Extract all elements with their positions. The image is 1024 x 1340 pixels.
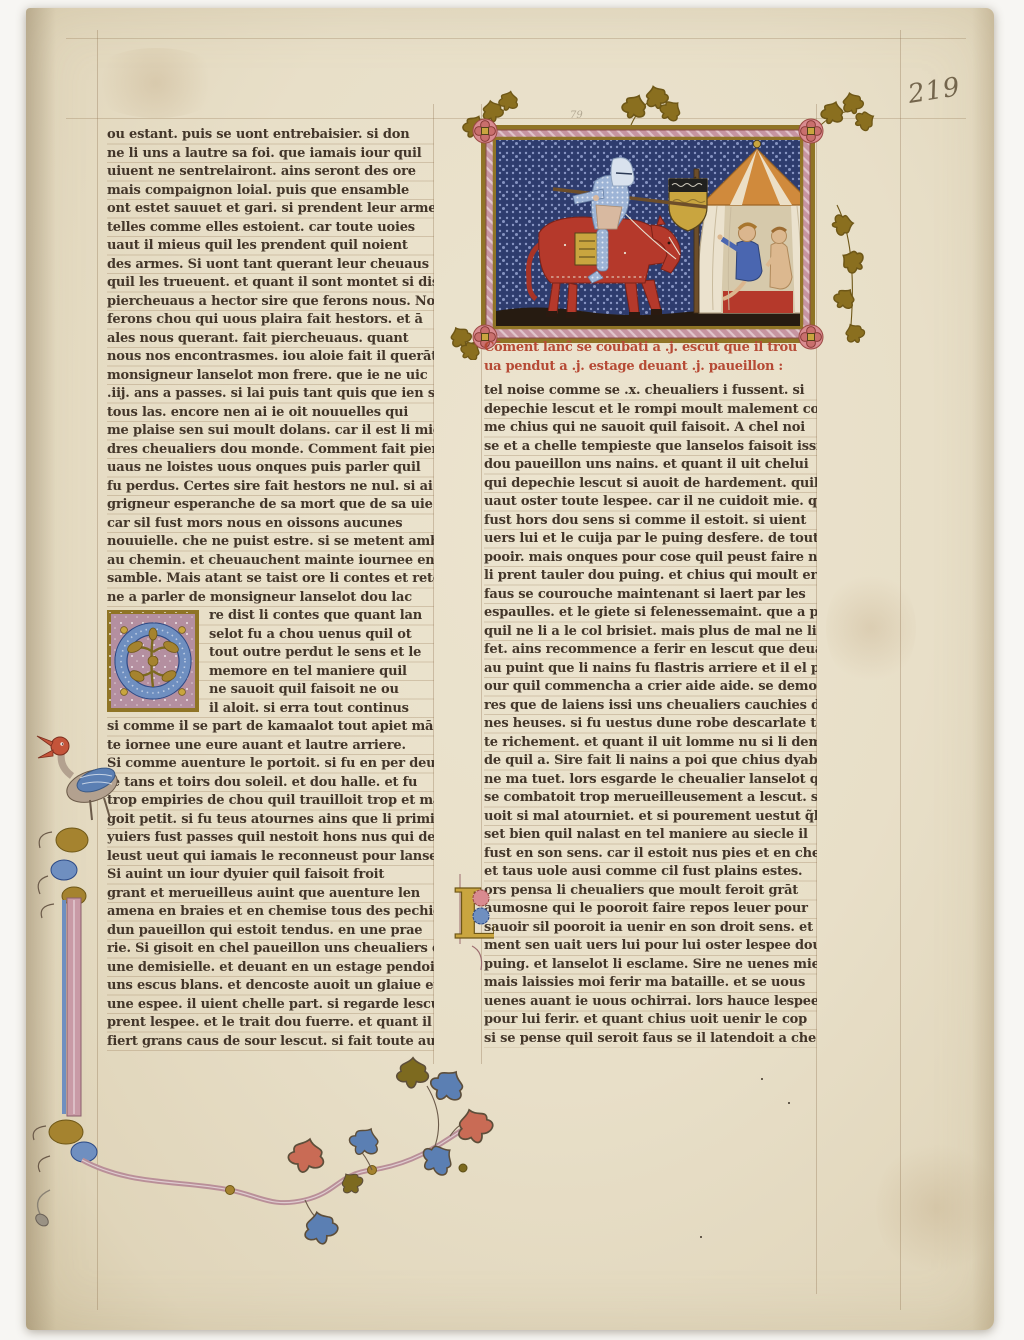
text-line: dres cheualiers dou monde. Comment fait … [107, 441, 434, 460]
text-line: qui depechie lescut si auoit de hardemen… [484, 475, 817, 494]
vine-leaves [286, 1058, 497, 1248]
text-column-right: tel noise comme se .x. cheualiers i fuss… [484, 382, 817, 1048]
text-line: se combatoit trop merueilleusement a les… [484, 789, 817, 808]
text-line: memore en tel maniere quil [209, 663, 434, 682]
text-line: espaulles. et le giete si felenessemaint… [484, 604, 817, 623]
text-line: aumosne qui le pooroit faire repos leuer… [484, 900, 817, 919]
text-line: piercheuaus a hector sire que ferons nou… [107, 293, 434, 312]
text-line: uenes auant ie uous ochirrai. lors hauce… [484, 993, 817, 1012]
leaf-blue [300, 1208, 341, 1248]
text-line: ne li uns a lautre sa foi. que iamais io… [107, 145, 434, 164]
text-line: telles comme elles estoient. car toute u… [107, 219, 434, 238]
text-line: de quil a. Sire fait li nains a poi que … [484, 752, 817, 771]
text-line: nous nos encontrasmes. iou aloie fait il… [107, 348, 434, 367]
text-line: au chemin. et cheuauchent mainte iournee… [107, 552, 434, 571]
bird-terminal [37, 736, 121, 820]
parchment-stain [826, 568, 916, 688]
text-line: si se pense quil seroit faus se il laten… [484, 1030, 817, 1049]
text-line: me chius qui ne sauoit quil faisoit. A c… [484, 419, 817, 438]
text-line: fu perdus. Certes sire fait hestors ne n… [107, 478, 434, 497]
text-line: se et a chelle tempieste que lanselos fa… [484, 438, 817, 457]
ivy-spray-right-side [831, 205, 868, 346]
text-line: uaus ne loistes uous onques puis parler … [107, 459, 434, 478]
text-line: ferons chou qui uous plaira fait hestors… [107, 311, 434, 330]
text-line: fust en son sens. car il estoit nus pies… [484, 845, 817, 864]
text-line: fust hors dou sens si comme il estoit. s… [484, 512, 817, 531]
text-line: ment sen uait uers lui pour lui oster le… [484, 937, 817, 956]
ruling-horizontal-head [66, 38, 966, 39]
parchment-stain [876, 1138, 996, 1278]
text-line: quil ne li a le col brisiet. mais plus d… [484, 623, 817, 642]
text-line: ne sauoit quil faisoit ne ou [209, 681, 434, 700]
knight-surcoat [596, 205, 622, 229]
leaf-olive [397, 1058, 429, 1088]
text-line: mais compaignon loial. puis que ensamble [107, 182, 434, 201]
text-line: ors pensa li cheualiers que moult feroit… [484, 882, 817, 901]
rubric-line: Cōment lanc̃ se coubati a .j. escut que … [484, 339, 820, 358]
text-line: et taus uole ausi comme cil fust plains … [484, 863, 817, 882]
text-line: fet. ains recommence a ferir en lescut q… [484, 641, 817, 660]
ivy-spray-top-right [817, 90, 875, 134]
text-line: puing. et lanselot li esclame. Sire ne u… [484, 956, 817, 975]
text-line: uers lui et le cuija par le puing desfer… [484, 530, 817, 549]
text-line: uaut il mieus quil les prendent quil noi… [107, 237, 434, 256]
ruling-vertical-right-outer [900, 30, 901, 1310]
knight-leg [597, 229, 608, 271]
text-line: samble. Mais atant se taist ore li conte… [107, 570, 434, 589]
text-line: our quil commencha a crier aide aide. se… [484, 678, 817, 697]
text-line: ont estet sauuet et gari. si prendent le… [107, 200, 434, 219]
text-line: pooir. mais onques pour cose quil peust … [484, 549, 817, 568]
text-line: monsigneur lanselot mon frere. que ie ne… [107, 367, 434, 386]
ink-speck [761, 1078, 763, 1080]
text-line: re dist li contes que quant lan [209, 607, 434, 626]
text-line: selot fu a chou uenus quil ot [209, 626, 434, 645]
text-line: car sil fust mors nous en oissons aucune… [107, 515, 434, 534]
text-line: tout outre perdut le sens et le [209, 644, 434, 663]
text-line: mais laissies moi ferir ma bataille. et … [484, 974, 817, 993]
rubric-lines: Cōment lanc̃ se coubati a .j. escut que … [484, 339, 820, 376]
leaf-red [286, 1136, 327, 1175]
miniature-lancelot-shield [445, 85, 875, 360]
text-line: dou paueillon uns nains. et quant il uit… [484, 456, 817, 475]
parchment-stain [86, 48, 226, 118]
vine [82, 1086, 472, 1222]
ink-speck [788, 1102, 790, 1104]
text-line: me plaise sen sui moult dolans. car il e… [107, 422, 434, 441]
text-line: faus se courouche maintenant si laert pa… [484, 586, 817, 605]
initial-section: re dist li contes que quant lanselot fu … [107, 607, 434, 718]
text-line: nes heuses. si fu uestus dune robe desca… [484, 715, 817, 734]
manuscript-scan: { "page": { "folio_number": "219", "penc… [0, 0, 1024, 1340]
marginal-border-decoration [20, 728, 525, 1253]
text-block: tel noise comme se .x. cheualiers i fuss… [484, 382, 817, 882]
text-line: sauoir sil pooroit ia uenir en son droit… [484, 919, 817, 938]
text-line: tel noise comme se .x. cheualiers i fuss… [484, 382, 817, 401]
rubric-line: ua pendut a .j. estage deuant .j. paueil… [484, 358, 820, 377]
text-line: grigneur esperanche de sa mort que de sa… [107, 496, 434, 515]
text-line: te richement. et quant il uit lomme nu s… [484, 734, 817, 753]
ink-speck [700, 1236, 702, 1238]
rubric: Cōment lanc̃ se coubati a .j. escut que … [484, 339, 820, 376]
text-line: set bien quil nalast en tel maniere au s… [484, 826, 817, 845]
text-line: tous las. encore nen ai ie oit nouuelles… [107, 404, 434, 423]
text-line: uoit si mal atourniet. et si pourement u… [484, 808, 817, 827]
decorated-initial-O [107, 609, 199, 713]
leaf-blue [425, 1063, 470, 1107]
text-line: au puint que li nains fu flastris arrier… [484, 660, 817, 679]
text-line: uiuent ne sentrelairont. ains seront des… [107, 163, 434, 182]
text-line: ou estant. puis se uont entrebaisier. si… [107, 126, 434, 145]
text-line: il aloit. si erra tout continus [209, 700, 434, 719]
tent-finial [753, 140, 760, 147]
text-line: li prent tauler dou puing. et chius qui … [484, 567, 817, 586]
text-line: ne a parler de monsigneur lanselot dou l… [107, 589, 434, 608]
leaf-blue [345, 1122, 384, 1160]
text-line: ales nous querant. fait piercheuaus. qua… [107, 330, 434, 349]
text-line: uaut oster toute lespee. car il ne cuido… [484, 493, 817, 512]
text-line: nouuielle. che ne puist estre. si se met… [107, 533, 434, 552]
text-line: .iij. ans a passes. si lai puis tant qui… [107, 385, 434, 404]
bird-head [51, 737, 69, 755]
text-line: res que de laiens issi uns cheualiers ca… [484, 697, 817, 716]
bar-border [62, 898, 81, 1116]
text-line: des armes. Si uont tant querant leur che… [107, 256, 434, 275]
text-block: ors pensa li cheualiers que moult feroit… [484, 882, 817, 1049]
ivy-spray-top-center [619, 85, 685, 125]
text-line: depechie lescut et le rompi moult maleme… [484, 401, 817, 420]
text-line: ne ma tuet. lors esgarde le cheualier la… [484, 771, 817, 790]
cusp-gold-blue-bottom [33, 1120, 97, 1228]
text-line: quil les trueuent. et quant il sont mont… [107, 274, 434, 293]
text-block: ou estant. puis se uont entrebaisier. si… [107, 126, 434, 607]
text-line: pour lui ferir. et quant chius uoit ueni… [484, 1011, 817, 1030]
